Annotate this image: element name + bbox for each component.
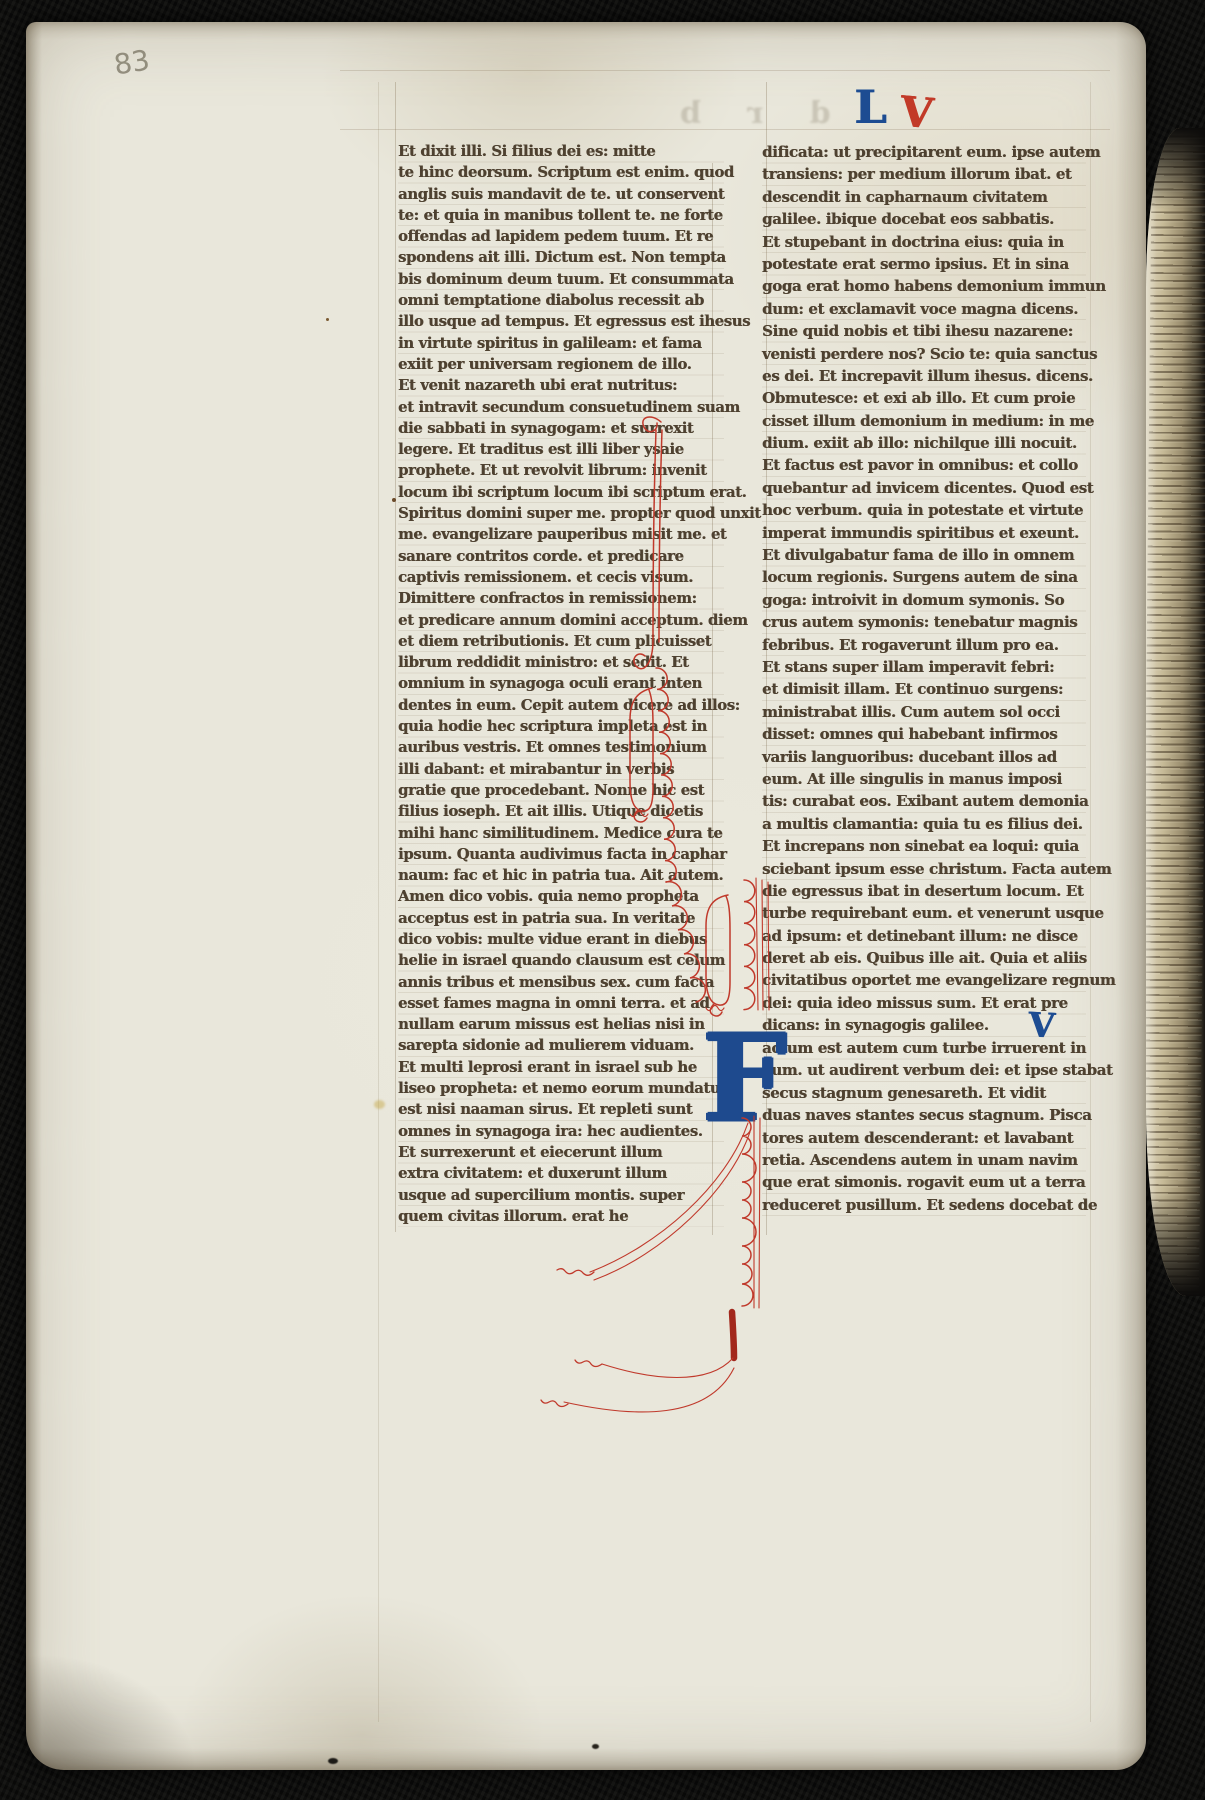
text-line: transiens: per medium illorum ibat. et xyxy=(762,163,1086,185)
text-line: locum regionis. Surgens autem de sina xyxy=(762,566,1086,588)
header-letter-L: L xyxy=(854,80,886,134)
text-line: omni temptatione diabolus recessit ab xyxy=(398,290,724,311)
text-line: te hinc deorsum. Scriptum est enim. quod xyxy=(398,162,724,183)
text-line: a multis clamantia: quia tu es filius de… xyxy=(762,813,1086,835)
text-line: es dei. Et increpavit illum ihesus. dice… xyxy=(762,365,1086,387)
text-line: que erat simonis. rogavit eum ut a terra xyxy=(762,1171,1086,1193)
text-line: offendas ad lapidem pedem tuum. Et re xyxy=(398,226,724,247)
text-line: die egressus ibat in desertum locum. Et xyxy=(762,880,1086,902)
penwork-flourish-decoration xyxy=(540,390,780,1510)
right-text-column-chapter5: actum est autem cum turbe irruerent ineu… xyxy=(762,1037,1086,1216)
text-line: Sine quid nobis et tibi ihesu nazarene: xyxy=(762,320,1086,342)
stain-mark xyxy=(592,1744,599,1749)
text-line: quebantur ad invicem dicentes. Quod est xyxy=(762,477,1086,499)
text-line: eum. At ille singulis in manus imposi xyxy=(762,768,1086,790)
text-line: tis: curabat eos. Exibant autem demonia xyxy=(762,790,1086,812)
text-line: reduceret pusillum. Et sedens docebat de xyxy=(762,1194,1086,1216)
stain-mark xyxy=(328,1758,338,1764)
text-line: imperat immundis spiritibus et exeunt. xyxy=(762,522,1086,544)
text-line: Obmutesce: et exi ab illo. Et cum proie xyxy=(762,387,1086,409)
text-line: disset: omnes qui habebant infirmos xyxy=(762,723,1086,745)
ruling-line-horizontal xyxy=(340,70,1110,71)
right-text-column-chapter4: dificata: ut precipitarent eum. ipse aut… xyxy=(762,141,1086,1037)
text-line: tores autem descenderant: et lavabant xyxy=(762,1127,1086,1149)
text-line: spondens ait illi. Dictum est. Non tempt… xyxy=(398,247,724,268)
ruling-line-vertical xyxy=(378,82,379,1722)
stain-mark xyxy=(326,318,329,321)
text-line: ad ipsum: et detinebant illum: ne disce xyxy=(762,925,1086,947)
adjacent-page-fore-edge xyxy=(1146,128,1205,1296)
stain-mark xyxy=(392,498,396,502)
chapter-number-V: V xyxy=(1027,1005,1055,1046)
text-line: turbe requirebant eum. et venerunt usque xyxy=(762,902,1086,924)
text-line: bis dominum deum tuum. Et consummata xyxy=(398,269,724,290)
text-line: cisset illum demonium in medium: in me xyxy=(762,410,1086,432)
text-line: secus stagnum genesareth. Et vidit xyxy=(762,1082,1086,1104)
text-line: galilee. ibique docebat eos sabbatis. xyxy=(762,208,1086,230)
text-line: potestate erat sermo ipsius. Et in sina xyxy=(762,253,1086,275)
text-line: febribus. Et rogaverunt illum pro ea. xyxy=(762,634,1086,656)
text-line: eum. ut audirent verbum dei: et ipse sta… xyxy=(762,1059,1086,1081)
text-line: te: et quia in manibus tollent te. ne fo… xyxy=(398,205,724,226)
text-line: anglis suis mandavit de te. ut conserven… xyxy=(398,184,724,205)
header-letter-V: V xyxy=(898,87,935,139)
ruling-line-vertical xyxy=(1090,82,1091,1722)
text-line: Et factus est pavor in omnibus: et collo xyxy=(762,454,1086,476)
text-line: Et stans super illam imperavit febri: xyxy=(762,656,1086,678)
text-line: venisti perdere nos? Scio te: quia sanct… xyxy=(762,343,1086,365)
text-line: Et divulgabatur fama de illo in omnem xyxy=(762,544,1086,566)
text-line: sciebant ipsum esse christum. Facta aute… xyxy=(762,858,1086,880)
text-line: goga: introivit in domum symonis. So xyxy=(762,589,1086,611)
text-line: dum: et exclamavit voce magna dicens. xyxy=(762,298,1086,320)
text-line: dificata: ut precipitarent eum. ipse aut… xyxy=(762,141,1086,163)
text-line: ministrabat illis. Cum autem sol occi xyxy=(762,701,1086,723)
text-line: goga erat homo habens demonium immun xyxy=(762,275,1086,297)
text-line: exiit per universam regionem de illo. xyxy=(398,354,724,375)
text-line: retia. Ascendens autem in unam navim xyxy=(762,1149,1086,1171)
text-line: deret ab eis. Quibus ille ait. Quia et a… xyxy=(762,947,1086,969)
text-line: illo usque ad tempus. Et egressus est ih… xyxy=(398,311,724,332)
ruling-line-vertical xyxy=(395,82,396,1232)
stain-mark xyxy=(374,1100,385,1109)
text-line: Et dixit illi. Si filius dei es: mitte xyxy=(398,141,724,162)
fore-edge-shading xyxy=(1146,128,1205,1296)
text-line: hoc verbum. quia in potestate et virtute xyxy=(762,499,1086,521)
text-line: variis languoribus: ducebant illos ad xyxy=(762,746,1086,768)
text-line: descendit in capharnaum civitatem xyxy=(762,186,1086,208)
manuscript-page: 83 d r b L V Et dixit illi. Si filius de… xyxy=(26,22,1146,1770)
text-line: in virtute spiritus in galileam: et fama xyxy=(398,333,724,354)
text-line: et dimisit illam. Et continuo surgens: xyxy=(762,678,1086,700)
ruling-line-horizontal xyxy=(340,129,1110,130)
text-line: Et increpans non sinebat ea loqui: quia xyxy=(762,835,1086,857)
text-line: civitatibus oportet me evangelizare regn… xyxy=(762,969,1086,991)
text-line: dium. exiit ab illo: nichilque illi nocu… xyxy=(762,432,1086,454)
folio-number: 83 xyxy=(112,43,152,81)
text-line: Et stupebant in doctrina eius: quia in xyxy=(762,231,1086,253)
text-line: duas naves stantes secus stagnum. Pisca xyxy=(762,1104,1086,1126)
header-showthrough: d r b xyxy=(662,96,831,131)
text-line: crus autem symonis: tenebatur magnis xyxy=(762,611,1086,633)
